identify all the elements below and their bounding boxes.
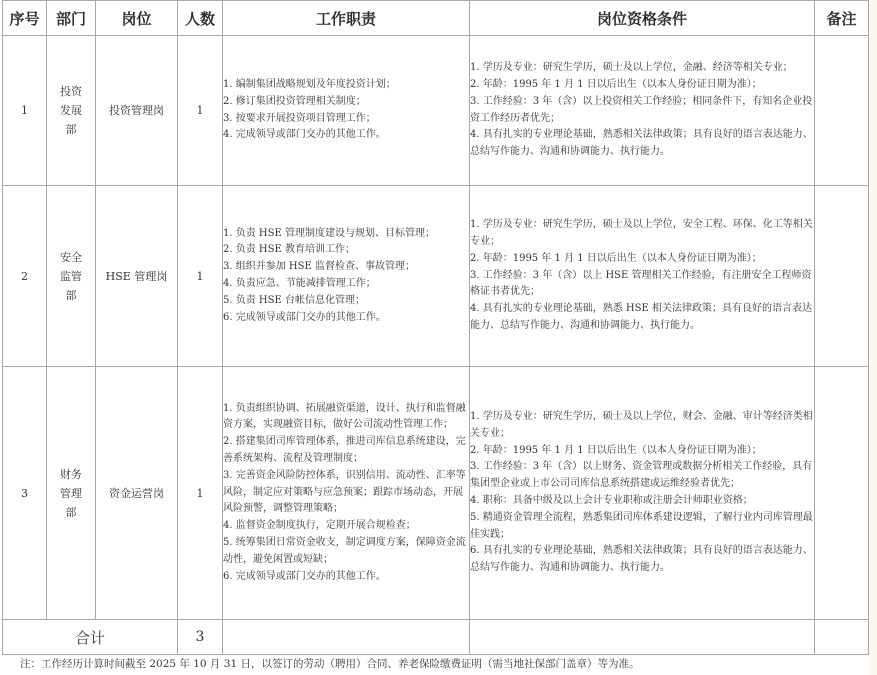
qualification-item: 6. 具有扎实的专业理论基础，熟悉相关法律政策；具有良好的语言表达能力、总结写作… (470, 543, 814, 577)
duty-item: 3. 完善资金风险防控体系，识别信用、流动性、汇率等风险，制定应对策略与应急预案… (223, 468, 469, 518)
header-position: 岗位 (96, 1, 178, 36)
duty-item: 2. 修订集团投资管理相关制度； (223, 94, 469, 111)
duty-item: 1. 编制集团战略规划及年度投资计划； (223, 77, 469, 94)
qualification-item: 4. 具有扎实的专业理论基础，熟悉 HSE 相关法律政策；具有良好的语言表达能力… (470, 301, 814, 335)
total-duties-empty (223, 620, 470, 655)
row-count: 1 (178, 36, 223, 186)
qualification-item: 4. 职称：具备中级及以上会计专业职称或注册会计师职业资格； (470, 493, 814, 510)
page-edge-strip (869, 0, 877, 675)
qualification-item: 2. 年龄：1995 年 1 月 1 日以后出生（以本人身份证日期为准）； (470, 443, 814, 460)
duty-item: 6. 完成领导或部门交办的其他工作。 (223, 310, 469, 327)
total-remarks-empty (815, 620, 869, 655)
total-value: 3 (178, 620, 223, 655)
header-qualifications: 岗位资格条件 (470, 1, 815, 36)
row-index: 3 (3, 367, 47, 620)
total-qualifications-empty (470, 620, 815, 655)
qualification-item: 2. 年龄：1995 年 1 月 1 日以后出生（以本人身份证日期为准）； (470, 251, 814, 268)
table-row: 2 安全监管部 HSE 管理岗 1 1. 负责 HSE 管理制度建设与规划、目标… (3, 186, 869, 367)
row-count: 1 (178, 186, 223, 367)
duty-item: 3. 按要求开展投资项目管理工作； (223, 111, 469, 128)
duty-item: 2. 搭建集团司库管理体系，推进司库信息系统建设，完善系统架构、流程及管理制度； (223, 434, 469, 468)
row-position: 资金运营岗 (96, 367, 178, 620)
qualification-item: 1. 学历及专业：研究生学历，硕士及以上学位，财会、金融、审计等经济类相关专业； (470, 409, 814, 443)
duty-item: 1. 负责组织协调、拓展融资渠道，设计、执行和监督融资方案，实现融资目标，做好公… (223, 401, 469, 435)
row-department: 财务管理部 (47, 367, 96, 620)
row-position: 投资管理岗 (96, 36, 178, 186)
row-department: 投资发展部 (47, 36, 96, 186)
total-row: 合计 3 (3, 620, 869, 655)
row-department: 安全监管部 (47, 186, 96, 367)
qualification-item: 3. 工作经验：3 年（含）以上财务、资金管理或数据分析相关工作经验，具有集团型… (470, 459, 814, 493)
row-index: 1 (3, 36, 47, 186)
row-qualifications: 1. 学历及专业：研究生学历，硕士及以上学位，安全工程、环保、化工等相关专业； … (470, 186, 815, 367)
duty-item: 4. 完成领导或部门交办的其他工作。 (223, 127, 469, 144)
duty-item: 1. 负责 HSE 管理制度建设与规划、目标管理； (223, 226, 469, 243)
header-department: 部门 (47, 1, 96, 36)
table-row: 1 投资发展部 投资管理岗 1 1. 编制集团战略规划及年度投资计划； 2. 修… (3, 36, 869, 186)
row-duties: 1. 编制集团战略规划及年度投资计划； 2. 修订集团投资管理相关制度； 3. … (223, 36, 470, 186)
duty-item: 5. 负责 HSE 台帐信息化管理； (223, 293, 469, 310)
row-remarks (815, 186, 869, 367)
qualification-item: 3. 工作经验：3 年（含）以上 HSE 管理相关工作经验，有注册安全工程师资格… (470, 268, 814, 302)
qualification-item: 3. 工作经验：3 年（含）以上投资相关工作经验；相同条件下，有知名企业投资工作… (470, 94, 814, 128)
row-remarks (815, 36, 869, 186)
duty-item: 4. 负责应急、节能减排管理工作； (223, 276, 469, 293)
duty-item: 3. 组织并参加 HSE 监督检查、事故管理； (223, 259, 469, 276)
row-duties: 1. 负责 HSE 管理制度建设与规划、目标管理； 2. 负责 HSE 教育培训… (223, 186, 470, 367)
qualification-item: 4. 具有扎实的专业理论基础，熟悉相关法律政策；具有良好的语言表达能力、总结写作… (470, 127, 814, 161)
row-remarks (815, 367, 869, 620)
duty-item: 2. 负责 HSE 教育培训工作； (223, 242, 469, 259)
duty-item: 6. 完成领导或部门交办的其他工作。 (223, 569, 469, 586)
duty-item: 4. 监督资金制度执行，定期开展合规检查； (223, 518, 469, 535)
footnote: 注：工作经历计算时间截至 2025 年 10 月 31 日，以签订的劳动（聘用）… (20, 656, 639, 671)
header-index: 序号 (3, 1, 47, 36)
row-duties: 1. 负责组织协调、拓展融资渠道，设计、执行和监督融资方案，实现融资目标，做好公… (223, 367, 470, 620)
row-qualifications: 1. 学历及专业：研究生学历，硕士及以上学位，金融、经济等相关专业； 2. 年龄… (470, 36, 815, 186)
total-label: 合计 (3, 620, 178, 655)
header-row: 序号 部门 岗位 人数 工作职责 岗位资格条件 备注 (3, 1, 869, 36)
table-row: 3 财务管理部 资金运营岗 1 1. 负责组织协调、拓展融资渠道，设计、执行和监… (3, 367, 869, 620)
row-index: 2 (3, 186, 47, 367)
header-duties: 工作职责 (223, 1, 470, 36)
qualification-item: 1. 学历及专业：研究生学历，硕士及以上学位，金融、经济等相关专业； (470, 60, 814, 77)
qualification-item: 5. 精通资金管理全流程，熟悉集团司库体系建设逻辑，了解行业内司库管理最佳实践； (470, 510, 814, 544)
row-position: HSE 管理岗 (96, 186, 178, 367)
row-count: 1 (178, 367, 223, 620)
header-count: 人数 (178, 1, 223, 36)
qualification-item: 2. 年龄：1995 年 1 月 1 日以后出生（以本人身份证日期为准）； (470, 77, 814, 94)
row-qualifications: 1. 学历及专业：研究生学历，硕士及以上学位，财会、金融、审计等经济类相关专业；… (470, 367, 815, 620)
recruitment-table: 序号 部门 岗位 人数 工作职责 岗位资格条件 备注 1 投资发展部 投资管理岗… (2, 0, 869, 655)
qualification-item: 1. 学历及专业：研究生学历，硕士及以上学位，安全工程、环保、化工等相关专业； (470, 217, 814, 251)
header-remarks: 备注 (815, 1, 869, 36)
duty-item: 5. 统筹集团日常资金收支，制定调度方案，保障资金流动性，避免闲置或短缺； (223, 535, 469, 569)
